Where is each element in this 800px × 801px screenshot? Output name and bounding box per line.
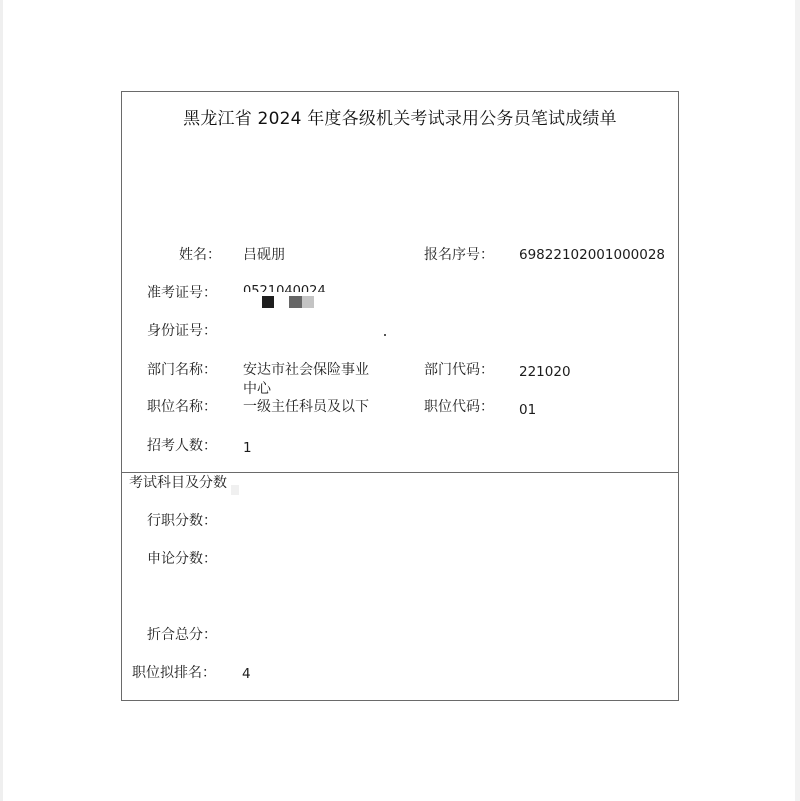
page-edge-right: [795, 0, 800, 801]
admission-ticket-value: 0521040024: [243, 283, 326, 292]
registration-no-value: 69822102001000028: [519, 247, 665, 264]
department-name-value-line1: 安达市社会保险事业: [243, 362, 369, 379]
name-value: 吕砚朋: [243, 247, 285, 264]
redaction-block: [262, 296, 274, 308]
admission-ticket-label: 准考证号：: [147, 285, 217, 302]
registration-no-label: 报名序号：: [424, 247, 494, 264]
position-rank-value: 4: [242, 666, 251, 683]
position-code-label: 职位代码：: [424, 399, 494, 416]
redaction-smudge: [231, 485, 239, 495]
redaction-dot: [384, 334, 386, 336]
id-number-label: 身份证号：: [147, 323, 217, 340]
position-name-value: 一级主任科员及以下: [243, 399, 369, 416]
page-edge-left: [0, 0, 3, 801]
document-title: 黑龙江省 2024 年度各级机关考试录用公务员笔试成绩单: [122, 104, 678, 129]
department-code-value: 221020: [519, 364, 571, 381]
recruit-count-value: 1: [243, 440, 252, 457]
department-code-label: 部门代码：: [424, 362, 494, 379]
position-name-label: 职位名称：: [147, 399, 217, 416]
shenlun-score-label: 申论分数：: [147, 551, 217, 568]
xingce-score-label: 行职分数：: [147, 513, 217, 530]
position-rank-label: 职位拟排名：: [132, 665, 216, 682]
total-score-label: 折合总分：: [147, 627, 217, 644]
department-name-value-line2: 中心: [243, 381, 271, 398]
redaction-block: [302, 296, 314, 308]
section-divider: [122, 472, 678, 473]
scores-section-heading: 考试科目及分数: [129, 475, 227, 492]
department-name-label: 部门名称：: [147, 362, 217, 379]
position-code-value: 01: [519, 402, 536, 419]
score-sheet: 黑龙江省 2024 年度各级机关考试录用公务员笔试成绩单 姓名： 吕砚朋 报名序…: [121, 91, 679, 701]
redaction-block: [289, 296, 302, 308]
name-label: 姓名：: [179, 247, 221, 264]
recruit-count-label: 招考人数：: [147, 438, 217, 455]
